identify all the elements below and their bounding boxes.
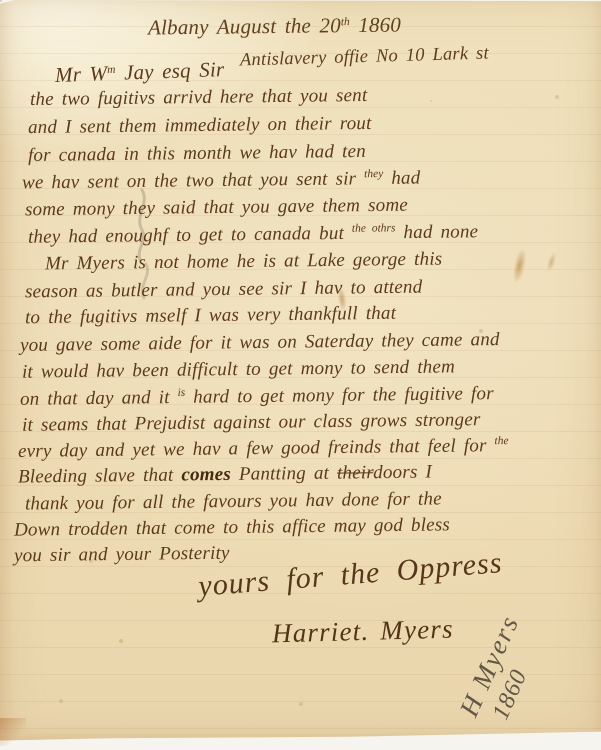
inserted-word: they bbox=[364, 168, 383, 180]
date-ordinal: th bbox=[341, 16, 350, 28]
letter-line: Mr Myers is not home he is at Lake georg… bbox=[45, 250, 443, 274]
letter-line: the two fugitivs arrivd here that you se… bbox=[30, 86, 368, 109]
salutation-line: Mr Wm Jay esq Sir bbox=[55, 59, 225, 86]
letter-line: some mony they said that you gave them s… bbox=[25, 196, 408, 220]
letter-line: we hav sent on the two that you sent sir… bbox=[22, 169, 421, 193]
line-text: hard to get mony for the fugitive for bbox=[193, 383, 494, 408]
letter-line: it would hav been difficult to get mony … bbox=[22, 357, 455, 381]
overwritten-word: comes bbox=[181, 464, 231, 486]
letter-line: and I sent them immediately on their rou… bbox=[28, 114, 372, 137]
date-text: Albany August the 20 bbox=[148, 13, 341, 39]
letter-line: you sir and your Posterity bbox=[14, 544, 230, 566]
salutation-text: Mr W bbox=[55, 61, 108, 87]
inserted-word: the bbox=[494, 435, 508, 447]
line-text: had bbox=[391, 168, 420, 189]
line-text: we hav sent on the two that you sent sir bbox=[22, 168, 356, 193]
inserted-word: is bbox=[177, 387, 185, 399]
struck-word: their bbox=[337, 462, 373, 483]
line-text: Pantting at bbox=[231, 463, 337, 485]
letter-line: Down trodden that come to this affice ma… bbox=[14, 515, 450, 539]
salutation-honorific: Jay esq Sir bbox=[115, 57, 225, 85]
letter-line: Bleeding slave that comes Pantting at th… bbox=[18, 462, 432, 486]
date-year: 1860 bbox=[350, 12, 402, 37]
letter-line: they had enoughf to get to canada but th… bbox=[28, 222, 478, 246]
letter-scan: Albany August the 20th 1860 Antislavery … bbox=[0, 0, 601, 750]
letter-line: season as butler and you see sir I hav t… bbox=[25, 278, 423, 302]
signature: Harriet. Myers bbox=[272, 616, 454, 648]
line-text: on that day and it bbox=[20, 387, 170, 410]
line-text: Bleeding slave that bbox=[18, 465, 182, 488]
letter-line: thank you for all the favours you hav do… bbox=[25, 489, 442, 513]
line-text: doors I bbox=[373, 461, 432, 483]
line-text: they had enoughf to get to canada but bbox=[28, 223, 344, 248]
line-text: had none bbox=[403, 221, 478, 243]
letter-line: to the fugitivs mself I was very thankfu… bbox=[25, 304, 396, 328]
letter-line: for canada in this month we hav had ten bbox=[28, 142, 366, 165]
date-line: Albany August the 20th 1860 bbox=[148, 14, 401, 38]
paper-freckles bbox=[0, 0, 2, 2]
inserted-word: the othrs bbox=[352, 222, 396, 235]
